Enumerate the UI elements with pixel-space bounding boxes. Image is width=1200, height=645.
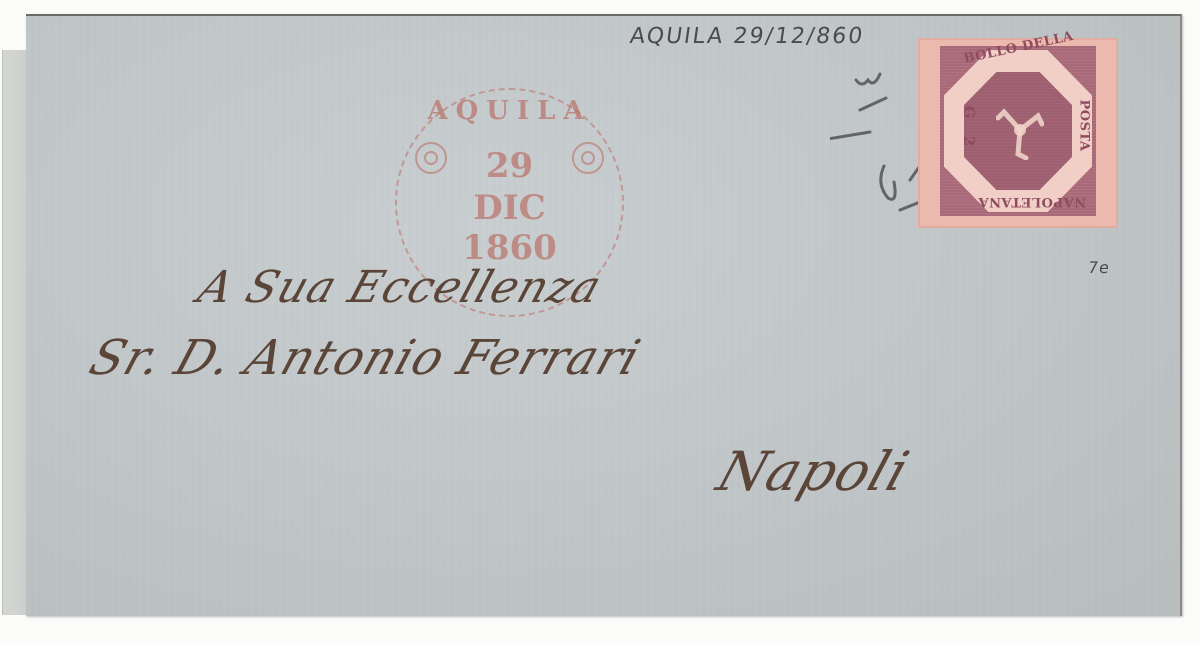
pencil-note-date: AQUILA 29/12/860 [628, 24, 866, 49]
stamp-bottom-text: NAPOLETANA [978, 194, 1086, 209]
stamp-value: G 2 [960, 106, 978, 152]
pencil-note-catalogue: 7e [1087, 258, 1112, 277]
address-line-2: Sr. D. Antonio Ferrari [83, 330, 648, 386]
address-line-1: A Sua Eccellenza [192, 262, 608, 313]
trinacria-icon [996, 104, 1044, 160]
postage-stamp: BOLLO DELLA G 2 POSTA NAPOLETANA [918, 38, 1118, 228]
address-city: Napoli [710, 440, 918, 503]
stamp-right-text: POSTA [1077, 99, 1092, 151]
postmark-day: 29 [397, 148, 622, 184]
postmark-city: AQUILA [397, 96, 622, 126]
postmark-year: 1860 [397, 230, 622, 266]
postmark-month: DIC [397, 190, 622, 226]
